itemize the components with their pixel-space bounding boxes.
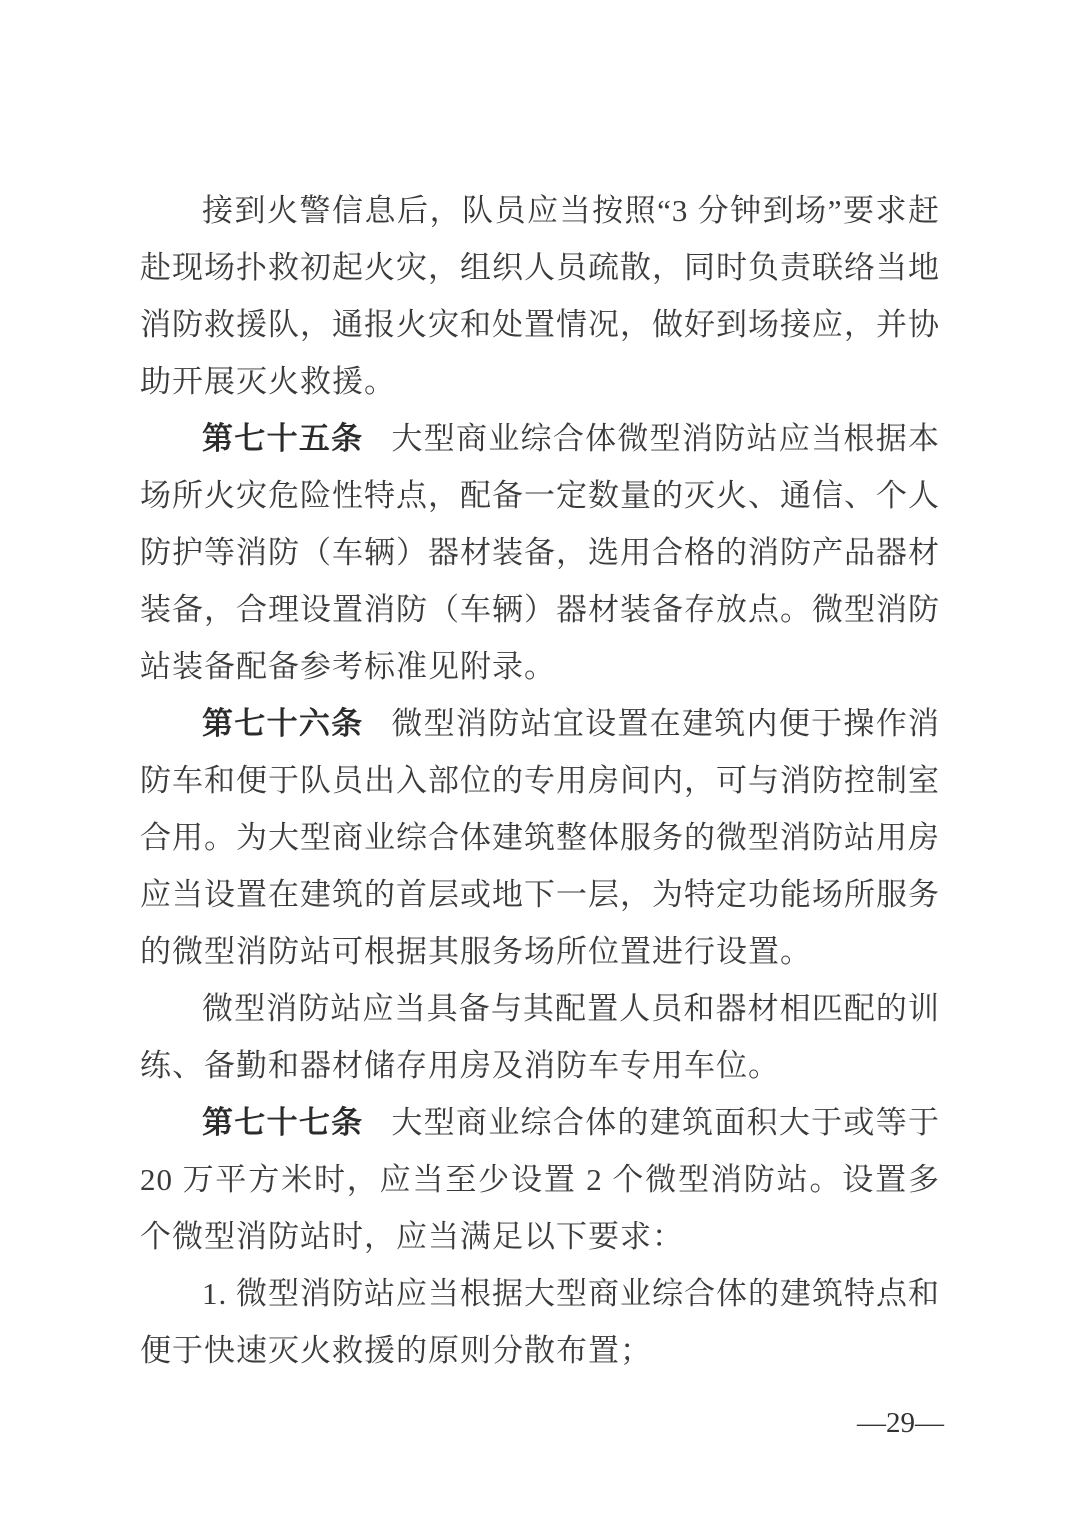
document-page: 接到火警信息后，队员应当按照“3 分钟到场”要求赶赴现场扑救初起火灾，组织人员疏… [0, 0, 1080, 1526]
article-number: 第七十六条 [202, 706, 363, 741]
paragraph-text: 大型商业综合体微型消防站应当根据本场所火灾危险性特点，配备一定数量的灭火、通信、… [140, 421, 940, 684]
paragraph-text: 1. 微型消防站应当根据大型商业综合体的建筑特点和便于快速灭火救援的原则分散布置… [140, 1276, 940, 1368]
article-paragraph: 第七十六条微型消防站宜设置在建筑内便于操作消防车和便于队员出入部位的专用房间内，… [140, 695, 940, 980]
body-paragraph: 接到火警信息后，队员应当按照“3 分钟到场”要求赶赴现场扑救初起火灾，组织人员疏… [140, 182, 940, 410]
article-paragraph: 第七十五条大型商业综合体微型消防站应当根据本场所火灾危险性特点，配备一定数量的灭… [140, 410, 940, 695]
paragraph-text: 接到火警信息后，队员应当按照“3 分钟到场”要求赶赴现场扑救初起火灾，组织人员疏… [140, 193, 940, 399]
document-content: 接到火警信息后，队员应当按照“3 分钟到场”要求赶赴现场扑救初起火灾，组织人员疏… [140, 182, 940, 1379]
paragraph-text: 微型消防站应当具备与其配置人员和器材相匹配的训练、备勤和器材储存用房及消防车专用… [140, 991, 940, 1083]
body-paragraph: 微型消防站应当具备与其配置人员和器材相匹配的训练、备勤和器材储存用房及消防车专用… [140, 980, 940, 1094]
paragraph-text: 微型消防站宜设置在建筑内便于操作消防车和便于队员出入部位的专用房间内，可与消防控… [140, 706, 940, 969]
article-number: 第七十五条 [202, 421, 363, 456]
article-number: 第七十七条 [202, 1105, 363, 1140]
body-paragraph: 1. 微型消防站应当根据大型商业综合体的建筑特点和便于快速灭火救援的原则分散布置… [140, 1265, 940, 1379]
page-number: —29— [857, 1406, 944, 1440]
article-paragraph: 第七十七条大型商业综合体的建筑面积大于或等于 20 万平方米时，应当至少设置 2… [140, 1094, 940, 1265]
